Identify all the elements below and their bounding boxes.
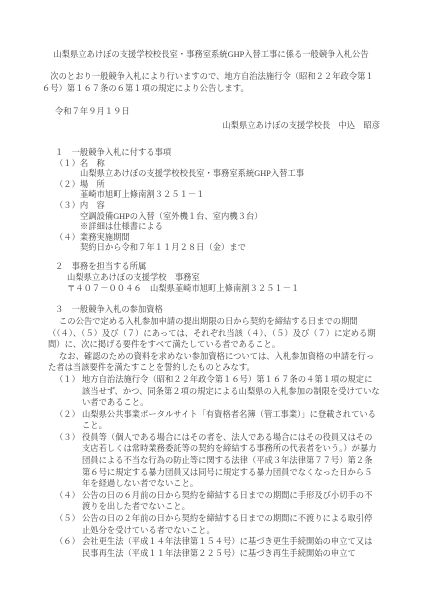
item-2-label: （２）場 所 [55, 180, 380, 191]
qualification-item-5: （５）公告の日の２年前の日から契約を締結する日までの期間に不渡りによる取引停止処… [55, 513, 380, 536]
office-name: 山梨県立あけぼの支援学校 事務室 [67, 273, 380, 284]
item-text: 公告の日の６月前の日から契約を締結する日までの期間に手形及び小切手の不渡りを出し… [82, 491, 372, 512]
section-qualifications: ３ 一般競争入札の参加資格 この公告で定める入札参加申請の提出期限の日から契約を… [42, 304, 380, 559]
intro-paragraph: 次のとおり一般競争入札により行いますので、地方自治法施行令（昭和２２年政令第１６… [42, 71, 380, 94]
section-2-heading: ２ 事務を担当する所属 [55, 262, 380, 273]
item-1-label: （１）名 称 [55, 159, 380, 170]
qualification-item-1: （１）地方自治法施行令（昭和２２年政令第１６号）第１６７条の４第１項の規定に該当… [55, 374, 380, 409]
document-page: 山梨県立あけぼの支援学校校長室・事務室系統GHP入替工事に係る一般競争入札公告 … [0, 0, 424, 600]
section-1-heading: １ 一般競争入札に付する事項 [55, 148, 380, 159]
section-bid-items: １ 一般競争入札に付する事項 （１）名 称 山梨県立あけぼの支援学校校長室・事務… [42, 148, 380, 254]
item-text: 公告の日の２年前の日から契約を締結する日までの期間に不渡りによる取引停止処分を受… [82, 514, 372, 535]
item-4-detail: 契約日から令和７年１１月２８日（金）まで [80, 243, 380, 254]
qualification-item-2: （２）山梨県公共事業ポータルサイト「有資格者名簿（管工事業）」に登載されているこ… [55, 409, 380, 432]
item-text: 山梨県公共事業ポータルサイト「有資格者名簿（管工事業）」に登載されていること。 [82, 410, 376, 431]
item-1-detail: 山梨県立あけぼの支援学校校長室・事務室系統GHP入替工事 [80, 169, 380, 180]
item-3-label: （３）内 容 [55, 201, 380, 212]
signer-name: 山梨県立あけぼの支援学校長 中込 昭彦 [42, 120, 380, 131]
item-marker: （１） [55, 374, 80, 386]
qualification-paragraph-1: この公告で定める入札参加申請の提出期限の日から契約を締結する日までの期間（（４）… [48, 316, 380, 351]
item-2-detail: 韮崎市旭町上條南割３２５１－１ [80, 190, 380, 201]
item-marker: （５） [55, 513, 80, 525]
item-3-note: ※詳細は仕様書による [80, 222, 380, 233]
document-title: 山梨県立あけぼの支援学校校長室・事務室系統GHP入替工事に係る一般競争入札公告 [42, 49, 380, 60]
list-item: （１）名 称 山梨県立あけぼの支援学校校長室・事務室系統GHP入替工事 [42, 159, 380, 180]
item-4-label: （４）業務実施期間 [55, 233, 380, 244]
office-address: 〒４０７－００４６ 山梨県韮崎市旭町上條南割３２５１－１ [67, 284, 380, 295]
item-text: 役員等（個人である場合にはその者を、法人である場合にはその役員又はその支店若しく… [82, 433, 377, 488]
item-marker: （３） [55, 432, 80, 444]
section-3-heading: ３ 一般競争入札の参加資格 [55, 304, 380, 316]
issue-date: 令和７年９月１９日 [55, 106, 380, 117]
item-marker: （６） [55, 536, 80, 548]
list-item: （４）業務実施期間 契約日から令和７年１１月２８日（金）まで [42, 233, 380, 254]
list-item: （２）場 所 韮崎市旭町上條南割３２５１－１ [42, 180, 380, 201]
qualification-item-6: （６）会社更生法（平成１４年法律第１５４号）に基づき更生手続開始の申立て又は民事… [55, 536, 380, 559]
item-3-detail: 空調設備GHPの入替（室外機１台、室内機３台） [80, 212, 380, 223]
item-text: 会社更生法（平成１４年法律第１５４号）に基づき更生手続開始の申立て又は民事再生法… [82, 537, 372, 558]
item-marker: （４） [55, 490, 80, 502]
item-marker: （２） [55, 409, 80, 421]
qualification-paragraph-2: なお、確認のための資料を求めない参加資格については、入札参加資格の申請を行った者… [48, 351, 380, 374]
item-text: 地方自治法施行令（昭和２２年政令第１６号）第１６７条の４第１項の規定に該当せず、… [82, 375, 380, 407]
section-contact-office: ２ 事務を担当する所属 山梨県立あけぼの支援学校 事務室 〒４０７－００４６ 山… [42, 262, 380, 294]
qualification-item-4: （４）公告の日の６月前の日から契約を締結する日までの期間に手形及び小切手の不渡り… [55, 490, 380, 513]
list-item: （３）内 容 空調設備GHPの入替（室外機１台、室内機３台） ※詳細は仕様書によ… [42, 201, 380, 233]
qualification-item-3: （３）役員等（個人である場合にはその者を、法人である場合にはその役員又はその支店… [55, 432, 380, 490]
